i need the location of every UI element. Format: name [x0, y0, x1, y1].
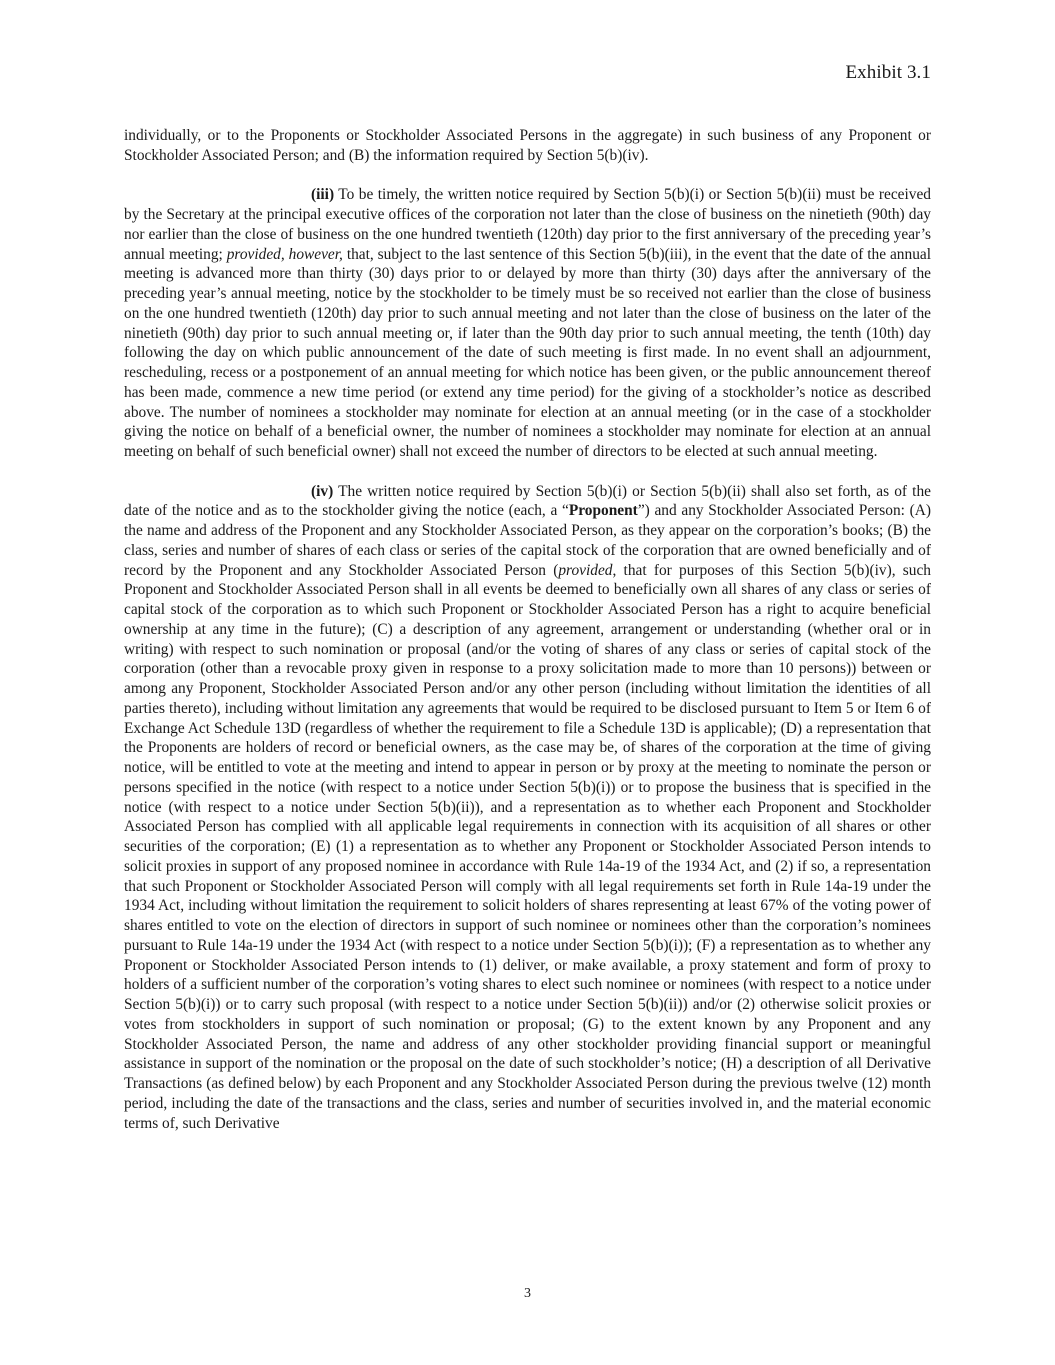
page-number: 3 [0, 1286, 1055, 1302]
paragraph-text: individually, or to the Proponents or St… [124, 127, 931, 164]
italic-term: provided [558, 562, 612, 579]
paragraph-text: , that for purposes of this Section 5(b)… [124, 562, 931, 1132]
italic-term: provided, however, [227, 246, 343, 263]
document-body: individually, or to the Proponents or St… [124, 126, 931, 1153]
paragraph-section-iv: (iv) The written notice required by Sect… [124, 482, 931, 1134]
exhibit-label: Exhibit 3.1 [845, 62, 931, 84]
defined-term: Proponent [569, 502, 638, 519]
section-marker: (iv) [311, 483, 333, 500]
paragraph-section-iii: (iii) To be timely, the written notice r… [124, 185, 931, 462]
paragraph-continuation: individually, or to the Proponents or St… [124, 126, 931, 166]
paragraph-text: that, subject to the last sentence of th… [124, 246, 931, 461]
section-marker: (iii) [311, 186, 334, 203]
